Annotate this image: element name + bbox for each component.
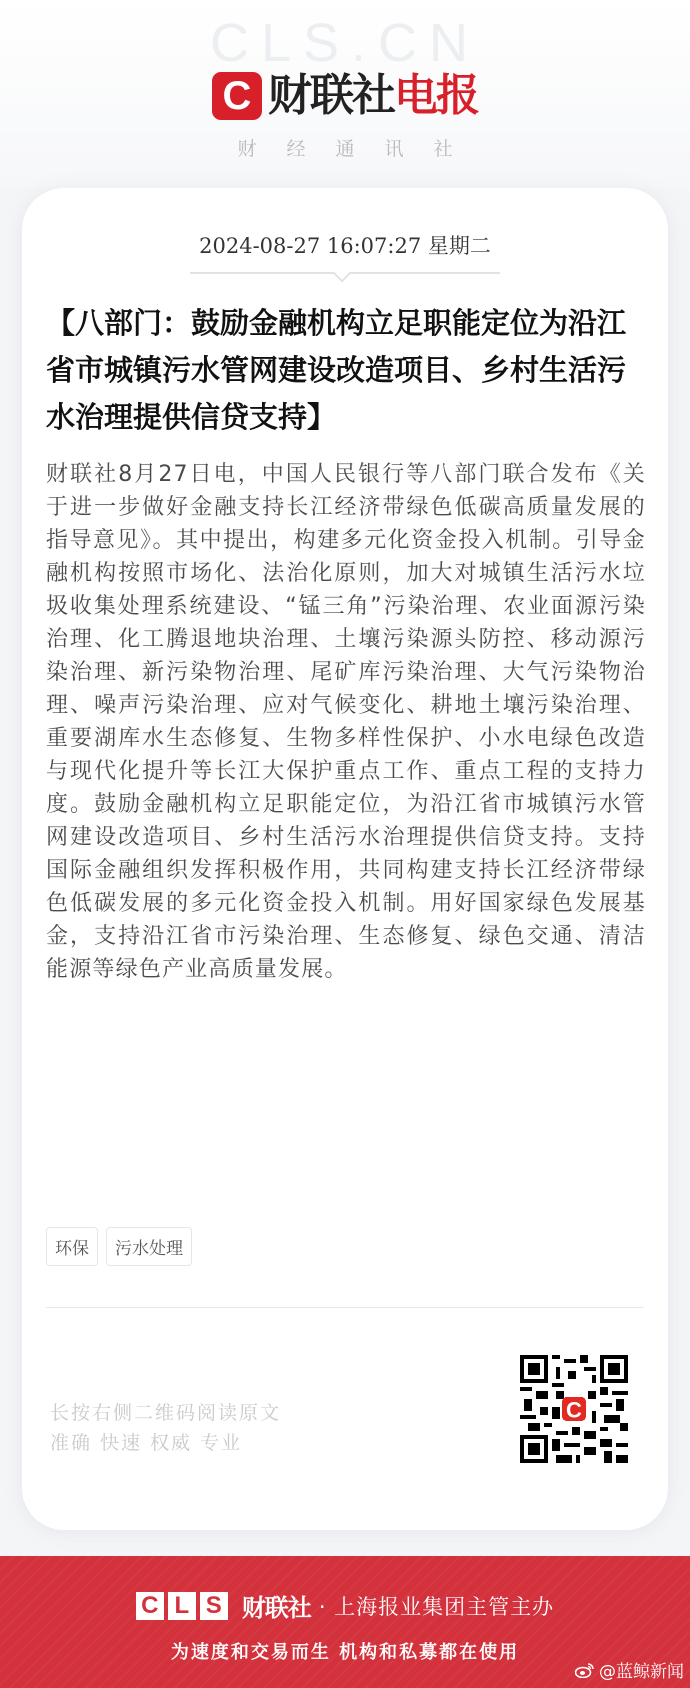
tag-sewage-treatment[interactable]: 污水处理	[106, 1227, 192, 1266]
section-divider	[46, 1307, 644, 1308]
weibo-icon	[575, 1662, 595, 1678]
qr-code-icon: C	[520, 1355, 628, 1463]
article-title: 【八部门：鼓励金融机构立足职能定位为沿江省市城镇污水管网建设改造项目、乡村生活污…	[46, 300, 646, 441]
qr-tip: 长按右侧二维码阅读原文 准确 快速 权威 专业	[50, 1398, 281, 1458]
footer-brand-name: 财联社	[242, 1588, 311, 1623]
article-datetime: 2024-08-27 16:07:27 星期二	[22, 230, 668, 260]
cls-letter-c: C	[136, 1592, 164, 1620]
article-card: 2024-08-27 16:07:27 星期二 【八部门：鼓励金融机构立足职能定…	[22, 188, 668, 1530]
footer-banner: C L S 财联社 · 上海报业集团主管主办 为速度和交易而生 机构和私募都在使…	[0, 1556, 690, 1688]
article-body: 财联社8月27日电，中国人民银行等八部门联合发布《关于进一步做好金融支持长江经济…	[46, 458, 646, 986]
divider-notch-icon	[334, 266, 351, 283]
svg-text:C: C	[566, 1397, 582, 1422]
brand-logo: C 财联社 电报	[0, 72, 690, 120]
watermark-text: CLS.CN	[0, 12, 690, 74]
qr-tip-line1: 长按右侧二维码阅读原文	[50, 1398, 281, 1428]
weibo-watermark: @蓝鲸新闻	[575, 1657, 684, 1682]
footer-brand-row: C L S 财联社 · 上海报业集团主管主办	[0, 1588, 690, 1623]
brand-name: 财联社	[268, 74, 394, 118]
footer-org: · 上海报业集团主管主办	[319, 1591, 554, 1621]
logo-letter: C	[223, 76, 252, 116]
brand-product: 电报	[394, 74, 478, 118]
header: CLS.CN C 财联社 电报 财经通讯社	[0, 0, 690, 188]
tag-list: 环保 污水处理	[46, 1227, 192, 1266]
weibo-handle: @蓝鲸新闻	[599, 1657, 684, 1682]
tagline: 财经通讯社	[0, 134, 690, 161]
logo-c-icon: C	[212, 72, 262, 120]
qr-code[interactable]: C	[520, 1355, 628, 1463]
cls-letter-l: L	[168, 1592, 196, 1620]
qr-tip-line2: 准确 快速 权威 专业	[50, 1428, 281, 1458]
tag-environment[interactable]: 环保	[46, 1227, 98, 1266]
cls-letter-s: S	[200, 1592, 228, 1620]
